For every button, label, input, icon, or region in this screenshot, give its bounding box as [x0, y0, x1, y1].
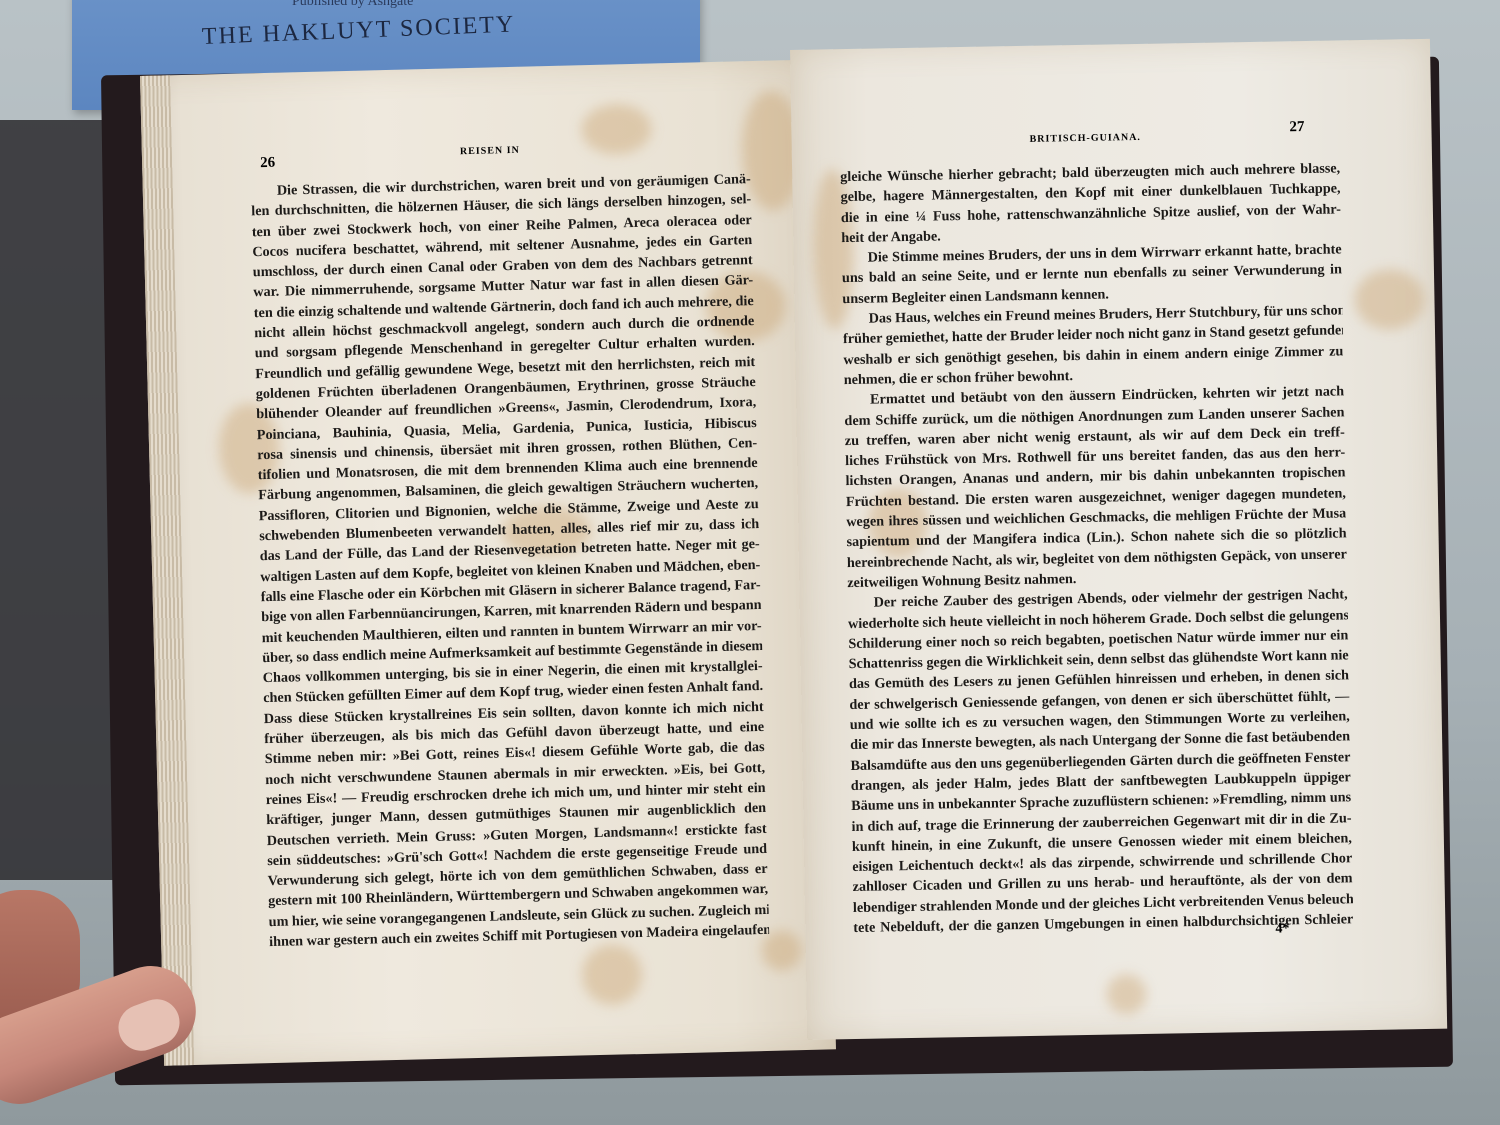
page-number: 27	[1289, 119, 1304, 136]
page-body-text: Die Strassen, die wir durchstrichen, war…	[251, 169, 770, 952]
foxing-stain	[581, 944, 642, 1005]
shadow-area	[0, 120, 120, 880]
running-head: REISEN IN	[460, 145, 520, 157]
right-page: BRITISCH-GUIANA. 27 gleiche Wünsche hier…	[790, 39, 1447, 1040]
foxing-stain	[1354, 269, 1425, 330]
page-body-text: gleiche Wünsche hierher gebracht; bald ü…	[840, 158, 1353, 938]
left-page: 26 REISEN IN Die Strassen, die wir durch…	[140, 60, 836, 1066]
signature-mark: 4*	[1275, 921, 1289, 937]
page-number: 26	[260, 155, 275, 172]
page-header: BRITISCH-GUIANA. 27	[791, 123, 1431, 156]
foxing-stain	[1106, 974, 1147, 1015]
running-head: BRITISCH-GUIANA.	[1029, 132, 1140, 145]
publisher-line: Published by Ashgate	[292, 0, 413, 10]
book-cover-title: THE HAKLUYT SOCIETY	[201, 11, 515, 51]
